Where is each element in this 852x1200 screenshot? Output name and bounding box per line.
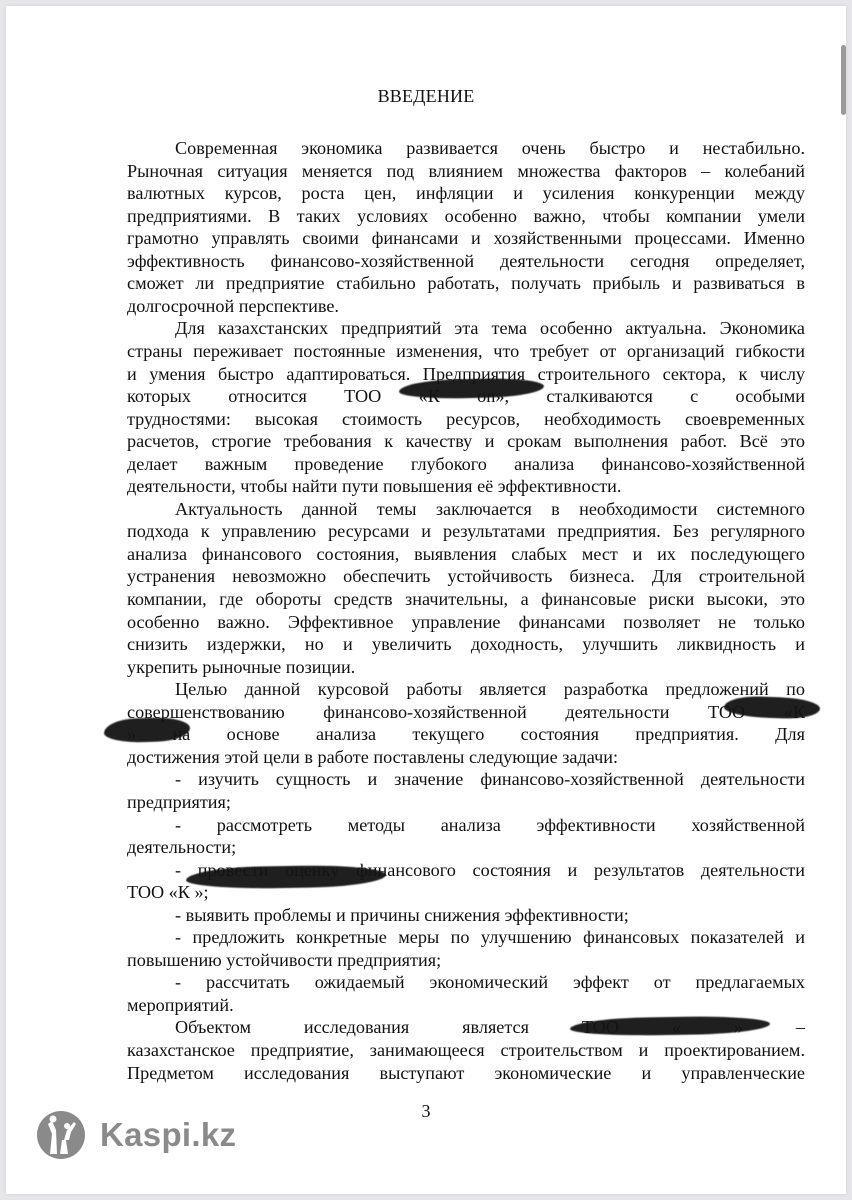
text-line: деятельности, чтобы найти пути повышения… <box>127 475 805 497</box>
text-line: повышению устойчивости предприятия; <box>127 949 805 971</box>
text-line: предприятия; <box>127 791 805 813</box>
text-line: - изучить сущность и значение финансово-… <box>175 768 805 790</box>
text-line: подхода к управлению ресурсами и результ… <box>127 520 805 542</box>
text-line: делает важным проведение глубокого анали… <box>127 453 805 475</box>
text-line: устранения невозможно обеспечить устойчи… <box>127 565 805 587</box>
text-line: предприятиями. В таких условиях особенно… <box>127 205 805 227</box>
kaspi-logo-icon <box>36 1110 86 1160</box>
text-line: достижения этой цели в работе поставлены… <box>127 746 805 768</box>
text-line: особенно важно. Эффективное управление ф… <box>127 611 805 633</box>
text-line: страны переживает постоянные изменения, … <box>127 340 805 362</box>
text-line: грамотно управлять своими финансами и хо… <box>127 227 805 249</box>
text-line: Предметом исследования выступают экономи… <box>127 1062 805 1084</box>
text-line: Современная экономика развивается очень … <box>175 137 805 159</box>
text-line: эффективность финансово-хозяйственной де… <box>127 250 805 272</box>
text-line: укрепить рыночные позиции. <box>127 656 805 678</box>
text-line: валютных курсов, роста цен, инфляции и у… <box>127 182 805 204</box>
text-line: мероприятий. <box>127 994 805 1016</box>
text-line: » на основе анализа текущего состояния п… <box>127 723 805 745</box>
text-line: - предложить конкретные меры по улучшени… <box>175 926 805 948</box>
text-line: Рыночная ситуация меняется под влиянием … <box>127 160 805 182</box>
text-line: деятельности; <box>127 836 805 858</box>
text-line: долгосрочной перспективе. <box>127 295 805 317</box>
text-line: трудностями: высокая стоимость ресурсов,… <box>127 408 805 430</box>
text-line: сможет ли предприятие стабильно работать… <box>127 272 805 294</box>
text-line: Целью данной курсовой работы является ра… <box>175 678 805 700</box>
text-line: совершенствованию финансово-хозяйственно… <box>127 701 805 723</box>
text-line: анализа финансового состояния, выявления… <box>127 543 805 565</box>
text-line: компании, где обороты средств значительн… <box>127 588 805 610</box>
text-line: - рассчитать ожидаемый экономический эфф… <box>175 971 805 993</box>
text-line: казахстанское предприятие, занимающееся … <box>127 1039 805 1061</box>
text-line: расчетов, строгие требования к качеству … <box>127 430 805 452</box>
text-line: - рассмотреть методы анализа эффективнос… <box>175 814 805 836</box>
watermark-text: Kaspi.kz <box>100 1116 236 1154</box>
kaspi-watermark: Kaspi.kz <box>36 1110 236 1160</box>
text-line: Актуальность данной темы заключается в н… <box>175 498 805 520</box>
section-title: ВВЕДЕНИЕ <box>0 86 852 107</box>
text-line: Для казахстанских предприятий эта тема о… <box>175 317 805 339</box>
text-line: - выявить проблемы и причины снижения эф… <box>175 904 805 926</box>
text-line: снизить издержки, но и увеличить доходно… <box>127 633 805 655</box>
